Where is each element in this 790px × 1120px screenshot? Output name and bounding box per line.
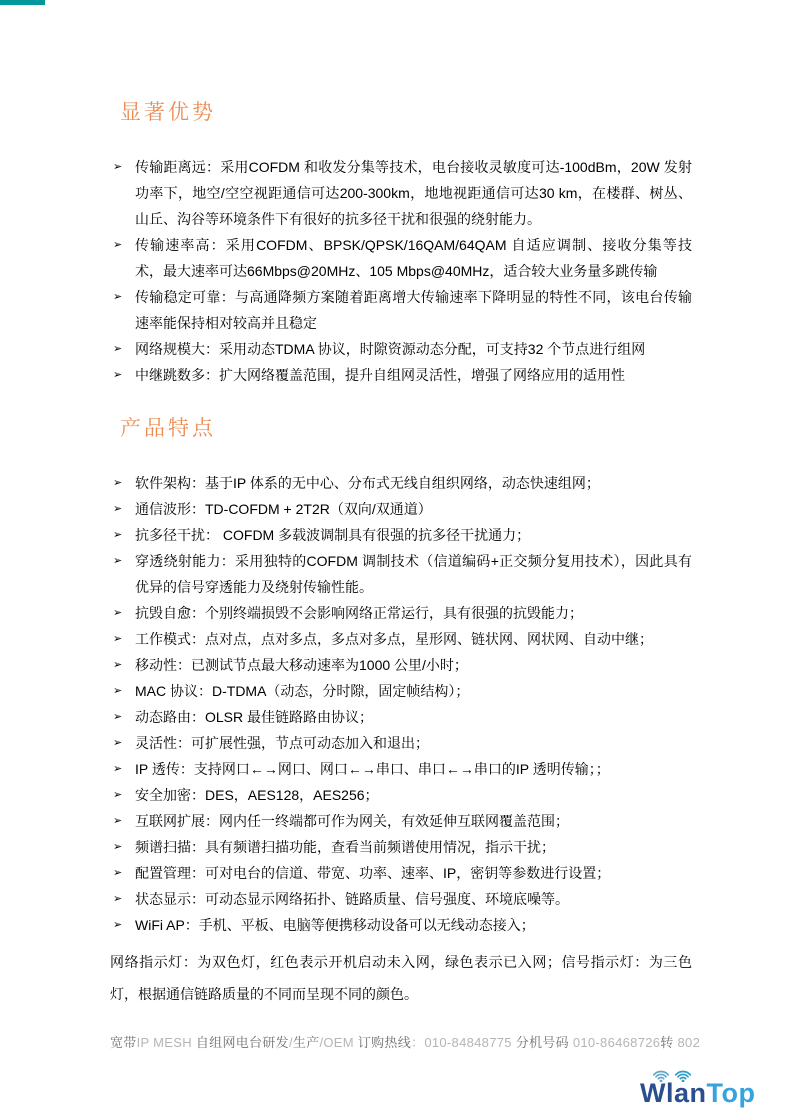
- footer-text-segment: 分机号码: [516, 1035, 573, 1050]
- arrow-bullet-icon: ➢: [110, 362, 135, 388]
- bullet-text: 安全加密：DES，AES128，AES256；: [135, 782, 692, 808]
- bullet-text: 互联网扩展：网内任一终端都可作为网关，有效延伸互联网覆盖范围；: [135, 808, 692, 834]
- bullet-text: 移动性：已测试节点最大移动速率为1000 公里/小时；: [135, 652, 692, 678]
- bullet-item: ➢传输距离远：采用COFDM 和收发分集等技术，电台接收灵敏度可达-100dBm…: [110, 154, 692, 232]
- bullet-text: 传输稳定可靠：与高通降频方案随着距离增大传输速率下降明显的特性不同，该电台传输速…: [135, 284, 692, 336]
- wlantop-logo: WlanTop: [640, 1062, 770, 1107]
- logo-text-top: Top: [707, 1078, 756, 1108]
- bullet-item: ➢抗毁自愈：个别终端损毁不会影响网络正常运行，具有很强的抗毁能力；: [110, 600, 692, 626]
- bullet-item: ➢中继跳数多：扩大网络覆盖范围，提升自组网灵活性，增强了网络应用的适用性: [110, 362, 692, 388]
- arrow-bullet-icon: ➢: [110, 860, 135, 886]
- bullet-item: ➢安全加密：DES，AES128，AES256；: [110, 782, 692, 808]
- arrow-bullet-icon: ➢: [110, 704, 135, 730]
- bullet-item: ➢MAC 协议：D-TDMA（动态，分时隙，固定帧结构）；: [110, 678, 692, 704]
- bullet-item: ➢动态路由：OLSR 最佳链路路由协议；: [110, 704, 692, 730]
- arrow-bullet-icon: ➢: [110, 678, 135, 704]
- bullet-text: 传输速率高：采用COFDM、BPSK/QPSK/16QAM/64QAM 自适应调…: [135, 232, 692, 284]
- bullet-item: ➢抗多径干扰： COFDM 多载波调制具有很强的抗多径干扰通力；: [110, 522, 692, 548]
- bullet-text: 传输距离远：采用COFDM 和收发分集等技术，电台接收灵敏度可达-100dBm，…: [135, 154, 692, 232]
- bullet-text: 工作模式：点对点，点对多点，多点对多点，星形网、链状网、网状网、自动中继；: [135, 626, 692, 652]
- document-page: 显著优势 ➢传输距离远：采用COFDM 和收发分集等技术，电台接收灵敏度可达-1…: [0, 0, 790, 1120]
- bullet-text: IP 透传：支持网口←→网口、网口←→串口、串口←→串口的IP 透明传输；；: [135, 756, 692, 782]
- arrow-bullet-icon: ➢: [110, 154, 135, 232]
- corner-accent-bar: [0, 0, 45, 5]
- footer-contact-line: 宽带IP MESH 自组网电台研发/生产/OEM 订购热线：010-848487…: [110, 1032, 760, 1051]
- arrow-bullet-icon: ➢: [110, 548, 135, 600]
- arrow-bullet-icon: ➢: [110, 496, 135, 522]
- arrow-bullet-icon: ➢: [110, 652, 135, 678]
- bullet-item: ➢网络规模大：采用动态TDMA 协议，时隙资源动态分配，可支持32 个节点进行组…: [110, 336, 692, 362]
- bullet-item: ➢传输速率高：采用COFDM、BPSK/QPSK/16QAM/64QAM 自适应…: [110, 232, 692, 284]
- bullet-item: ➢配置管理：可对电台的信道、带宽、功率、速率、IP，密钥等参数进行设置；: [110, 860, 692, 886]
- footer-text-segment: 宽带: [110, 1035, 137, 1050]
- bullet-item: ➢工作模式：点对点，点对多点，多点对多点，星形网、链状网、网状网、自动中继；: [110, 626, 692, 652]
- footer-text-segment: 生产: [293, 1035, 320, 1050]
- bullet-item: ➢软件架构：基于IP 体系的无中心、分布式无线自组织网络，动态快速组网；: [110, 470, 692, 496]
- bullet-text: 配置管理：可对电台的信道、带宽、功率、速率、IP，密钥等参数进行设置；: [135, 860, 692, 886]
- bullet-text: 抗多径干扰： COFDM 多载波调制具有很强的抗多径干扰通力；: [135, 522, 692, 548]
- bullet-item: ➢状态显示：可动态显示网络拓扑、链路质量、信号强度、环境底噪等。: [110, 886, 692, 912]
- footer-text-segment: IP MESH: [137, 1035, 196, 1050]
- logo-text-wlan: Wlan: [640, 1078, 707, 1108]
- footer-text-segment: ：010-84848775: [411, 1035, 516, 1050]
- footer-text-segment: /OEM: [319, 1035, 357, 1050]
- bullet-text: 动态路由：OLSR 最佳链路路由协议；: [135, 704, 692, 730]
- arrow-bullet-icon: ➢: [110, 782, 135, 808]
- footer-text-segment: 自组网电台研发: [196, 1035, 289, 1050]
- bullet-item: ➢通信波形：TD-COFDM + 2T2R（双向/双通道）: [110, 496, 692, 522]
- bullet-item: ➢移动性：已测试节点最大移动速率为1000 公里/小时；: [110, 652, 692, 678]
- arrow-bullet-icon: ➢: [110, 232, 135, 284]
- bullet-item: ➢互联网扩展：网内任一终端都可作为网关，有效延伸互联网覆盖范围；: [110, 808, 692, 834]
- arrow-bullet-icon: ➢: [110, 522, 135, 548]
- bullet-text: 状态显示：可动态显示网络拓扑、链路质量、信号强度、环境底噪等。: [135, 886, 692, 912]
- footer-text-segment: 转: [660, 1035, 673, 1050]
- bullet-item: ➢传输稳定可靠：与高通降频方案随着距离增大传输速率下降明显的特性不同，该电台传输…: [110, 284, 692, 336]
- features-bullet-list: ➢软件架构：基于IP 体系的无中心、分布式无线自组织网络，动态快速组网；➢通信波…: [110, 470, 692, 938]
- advantages-bullet-list: ➢传输距离远：采用COFDM 和收发分集等技术，电台接收灵敏度可达-100dBm…: [110, 154, 692, 388]
- bullet-text: 通信波形：TD-COFDM + 2T2R（双向/双通道）: [135, 496, 692, 522]
- logo-wordmark: WlanTop: [640, 1079, 770, 1107]
- bullet-text: 网络规模大：采用动态TDMA 协议，时隙资源动态分配，可支持32 个节点进行组网: [135, 336, 692, 362]
- arrow-bullet-icon: ➢: [110, 834, 135, 860]
- arrow-bullet-icon: ➢: [110, 470, 135, 496]
- bullet-item: ➢IP 透传：支持网口←→网口、网口←→串口、串口←→串口的IP 透明传输；；: [110, 756, 692, 782]
- arrow-bullet-icon: ➢: [110, 336, 135, 362]
- indicator-lights-paragraph: 网络指示灯：为双色灯，红色表示开机启动未入网，绿色表示已入网；信号指示灯：为三色…: [110, 946, 692, 1010]
- section-heading-advantages: 显著优势: [120, 100, 692, 124]
- bullet-item: ➢灵活性：可扩展性强，节点可动态加入和退出；: [110, 730, 692, 756]
- section-heading-features: 产品特点: [120, 416, 692, 440]
- bullet-text: MAC 协议：D-TDMA（动态，分时隙，固定帧结构）；: [135, 678, 692, 704]
- arrow-bullet-icon: ➢: [110, 756, 135, 782]
- bullet-item: ➢WiFi AP：手机、平板、电脑等便携移动设备可以无线动态接入；: [110, 912, 692, 938]
- bullet-item: ➢穿透绕射能力：采用独特的COFDM 调制技术（信道编码+正交频分复用技术），因…: [110, 548, 692, 600]
- arrow-bullet-icon: ➢: [110, 730, 135, 756]
- arrow-bullet-icon: ➢: [110, 886, 135, 912]
- arrow-bullet-icon: ➢: [110, 284, 135, 336]
- bullet-text: 抗毁自愈：个别终端损毁不会影响网络正常运行，具有很强的抗毁能力；: [135, 600, 692, 626]
- bullet-text: 穿透绕射能力：采用独特的COFDM 调制技术（信道编码+正交频分复用技术），因此…: [135, 548, 692, 600]
- arrow-bullet-icon: ➢: [110, 626, 135, 652]
- footer-text-segment: 010-86468726: [573, 1035, 660, 1050]
- footer-text-segment: 订购热线: [358, 1035, 411, 1050]
- bullet-text: 频谱扫描：具有频谱扫描功能，查看当前频谱使用情况，指示干扰；: [135, 834, 692, 860]
- bullet-text: WiFi AP：手机、平板、电脑等便携移动设备可以无线动态接入；: [135, 912, 692, 938]
- footer-text-segment: 802: [674, 1035, 701, 1050]
- bullet-text: 中继跳数多：扩大网络覆盖范围，提升自组网灵活性，增强了网络应用的适用性: [135, 362, 692, 388]
- arrow-bullet-icon: ➢: [110, 912, 135, 938]
- bullet-text: 灵活性：可扩展性强，节点可动态加入和退出；: [135, 730, 692, 756]
- bullet-item: ➢频谱扫描：具有频谱扫描功能，查看当前频谱使用情况，指示干扰；: [110, 834, 692, 860]
- page-content: 显著优势 ➢传输距离远：采用COFDM 和收发分集等技术，电台接收灵敏度可达-1…: [110, 0, 692, 1010]
- arrow-bullet-icon: ➢: [110, 600, 135, 626]
- bullet-text: 软件架构：基于IP 体系的无中心、分布式无线自组织网络，动态快速组网；: [135, 470, 692, 496]
- arrow-bullet-icon: ➢: [110, 808, 135, 834]
